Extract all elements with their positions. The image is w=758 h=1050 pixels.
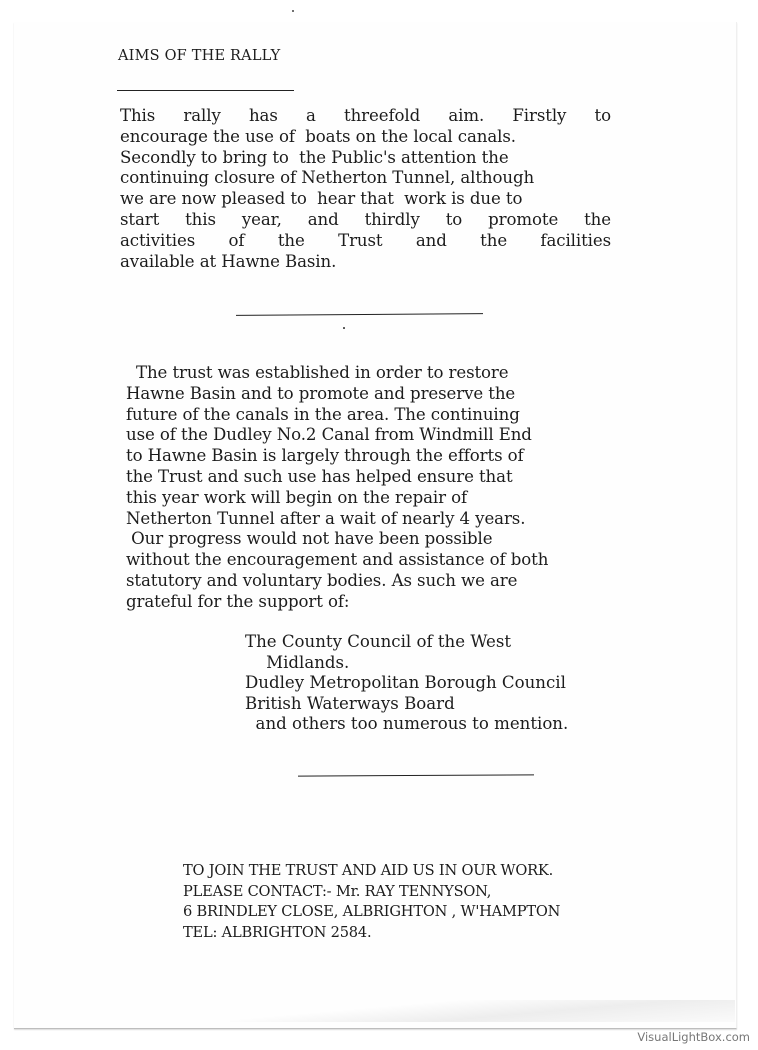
text-line: Hawne Basin and to promote and preserve …	[126, 384, 626, 405]
supporter-item: The County Council of the West	[245, 632, 568, 653]
supporter-item: and others too numerous to mention.	[245, 714, 568, 735]
text-line: the Trust and such use has helped ensure…	[126, 467, 626, 488]
text-line: Secondly to bring to the Public's attent…	[120, 148, 611, 169]
text-line: Netherton Tunnel after a wait of nearly …	[126, 509, 626, 530]
contact-line: TEL: ALBRIGHTON 2584.	[183, 923, 560, 944]
speck	[343, 327, 345, 329]
supporter-item: Dudley Metropolitan Borough Council	[245, 673, 568, 694]
text-line: Our progress would not have been possibl…	[126, 529, 626, 550]
text-line: this year work will begin on the repair …	[126, 488, 626, 509]
text-line: start this year, and thirdly to promote …	[120, 210, 611, 231]
text-line: grateful for the support of:	[126, 592, 626, 613]
text-line: without the encouragement and assistance…	[126, 550, 626, 571]
supporter-item: British Waterways Board	[245, 694, 568, 715]
trust-paragraph: The trust was established in order to re…	[126, 363, 626, 613]
text-line: continuing closure of Netherton Tunnel, …	[120, 168, 611, 189]
aims-paragraph: This rally has a threefold aim. Firstly …	[120, 106, 611, 272]
supporters-list: The County Council of the West Midlands.…	[245, 632, 568, 735]
speck	[292, 10, 294, 12]
contact-line: 6 BRINDLEY CLOSE, ALBRIGHTON , W'HAMPTON	[183, 902, 560, 923]
section-heading: AIMS OF THE RALLY	[118, 48, 280, 64]
text-line: available at Hawne Basin.	[120, 252, 611, 273]
contact-line: TO JOIN THE TRUST AND AID US IN OUR WORK…	[183, 861, 560, 882]
text-line: This rally has a threefold aim. Firstly …	[120, 106, 611, 127]
text-line: activities of the Trust and the faciliti…	[120, 231, 611, 252]
contact-block: TO JOIN THE TRUST AND AID US IN OUR WORK…	[183, 861, 560, 943]
text-line: to Hawne Basin is largely through the ef…	[126, 446, 626, 467]
page-crease	[230, 1000, 735, 1022]
supporter-item: Midlands.	[245, 653, 568, 674]
watermark: VisualLightBox.com	[637, 1030, 750, 1044]
contact-line: PLEASE CONTACT:- Mr. RAY TENNYSON,	[183, 882, 560, 903]
text-line: use of the Dudley No.2 Canal from Windmi…	[126, 425, 626, 446]
text-line: The trust was established in order to re…	[126, 363, 626, 384]
text-line: statutory and voluntary bodies. As such …	[126, 571, 626, 592]
text-line: future of the canals in the area. The co…	[126, 405, 626, 426]
heading-underline	[117, 90, 294, 91]
text-line: we are now pleased to hear that work is …	[120, 189, 611, 210]
text-line: encourage the use of boats on the local …	[120, 127, 611, 148]
